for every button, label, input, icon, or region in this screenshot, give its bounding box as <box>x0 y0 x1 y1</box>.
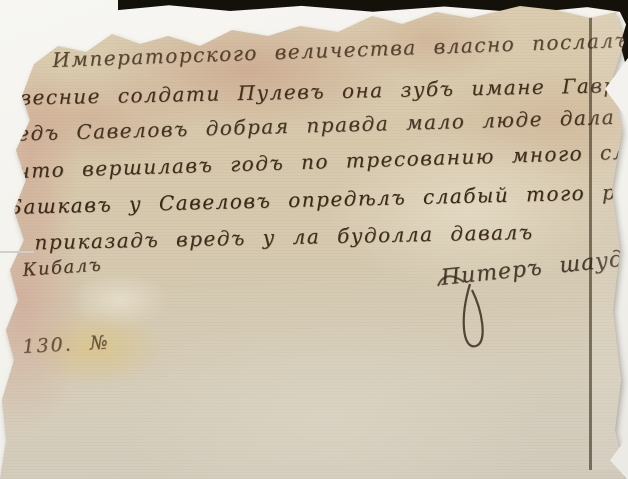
scanned-document: Императорского величества власно послалъ… <box>0 0 628 479</box>
manuscript-paper: Императорского величества власно послалъ… <box>0 0 628 479</box>
manuscript-line-1: Императорского величества власно послалъ <box>52 30 628 70</box>
manuscript-line-4: что вершилавъ годъ по тресованию много с… <box>17 139 628 181</box>
paper-sheet-wrap: Императорского величества власно послалъ… <box>0 0 628 479</box>
manuscript-line-6: и приказадъ вредъ у ла будолла давалъ <box>3 222 534 253</box>
manuscript-line-5: Башкавъ у Савеловъ опредѣлъ слабый того … <box>7 180 628 217</box>
manuscript-line-3: чедъ Савеловъ добрая правда мало люде да… <box>3 103 628 144</box>
manuscript-line-7: Кибалъ <box>22 256 103 280</box>
scanner-artifact-line <box>0 251 34 253</box>
manuscript-line-2: двесние солдати Пулевъ она зубъ имане Га… <box>5 74 628 108</box>
docket-number: 130. № <box>22 333 110 357</box>
